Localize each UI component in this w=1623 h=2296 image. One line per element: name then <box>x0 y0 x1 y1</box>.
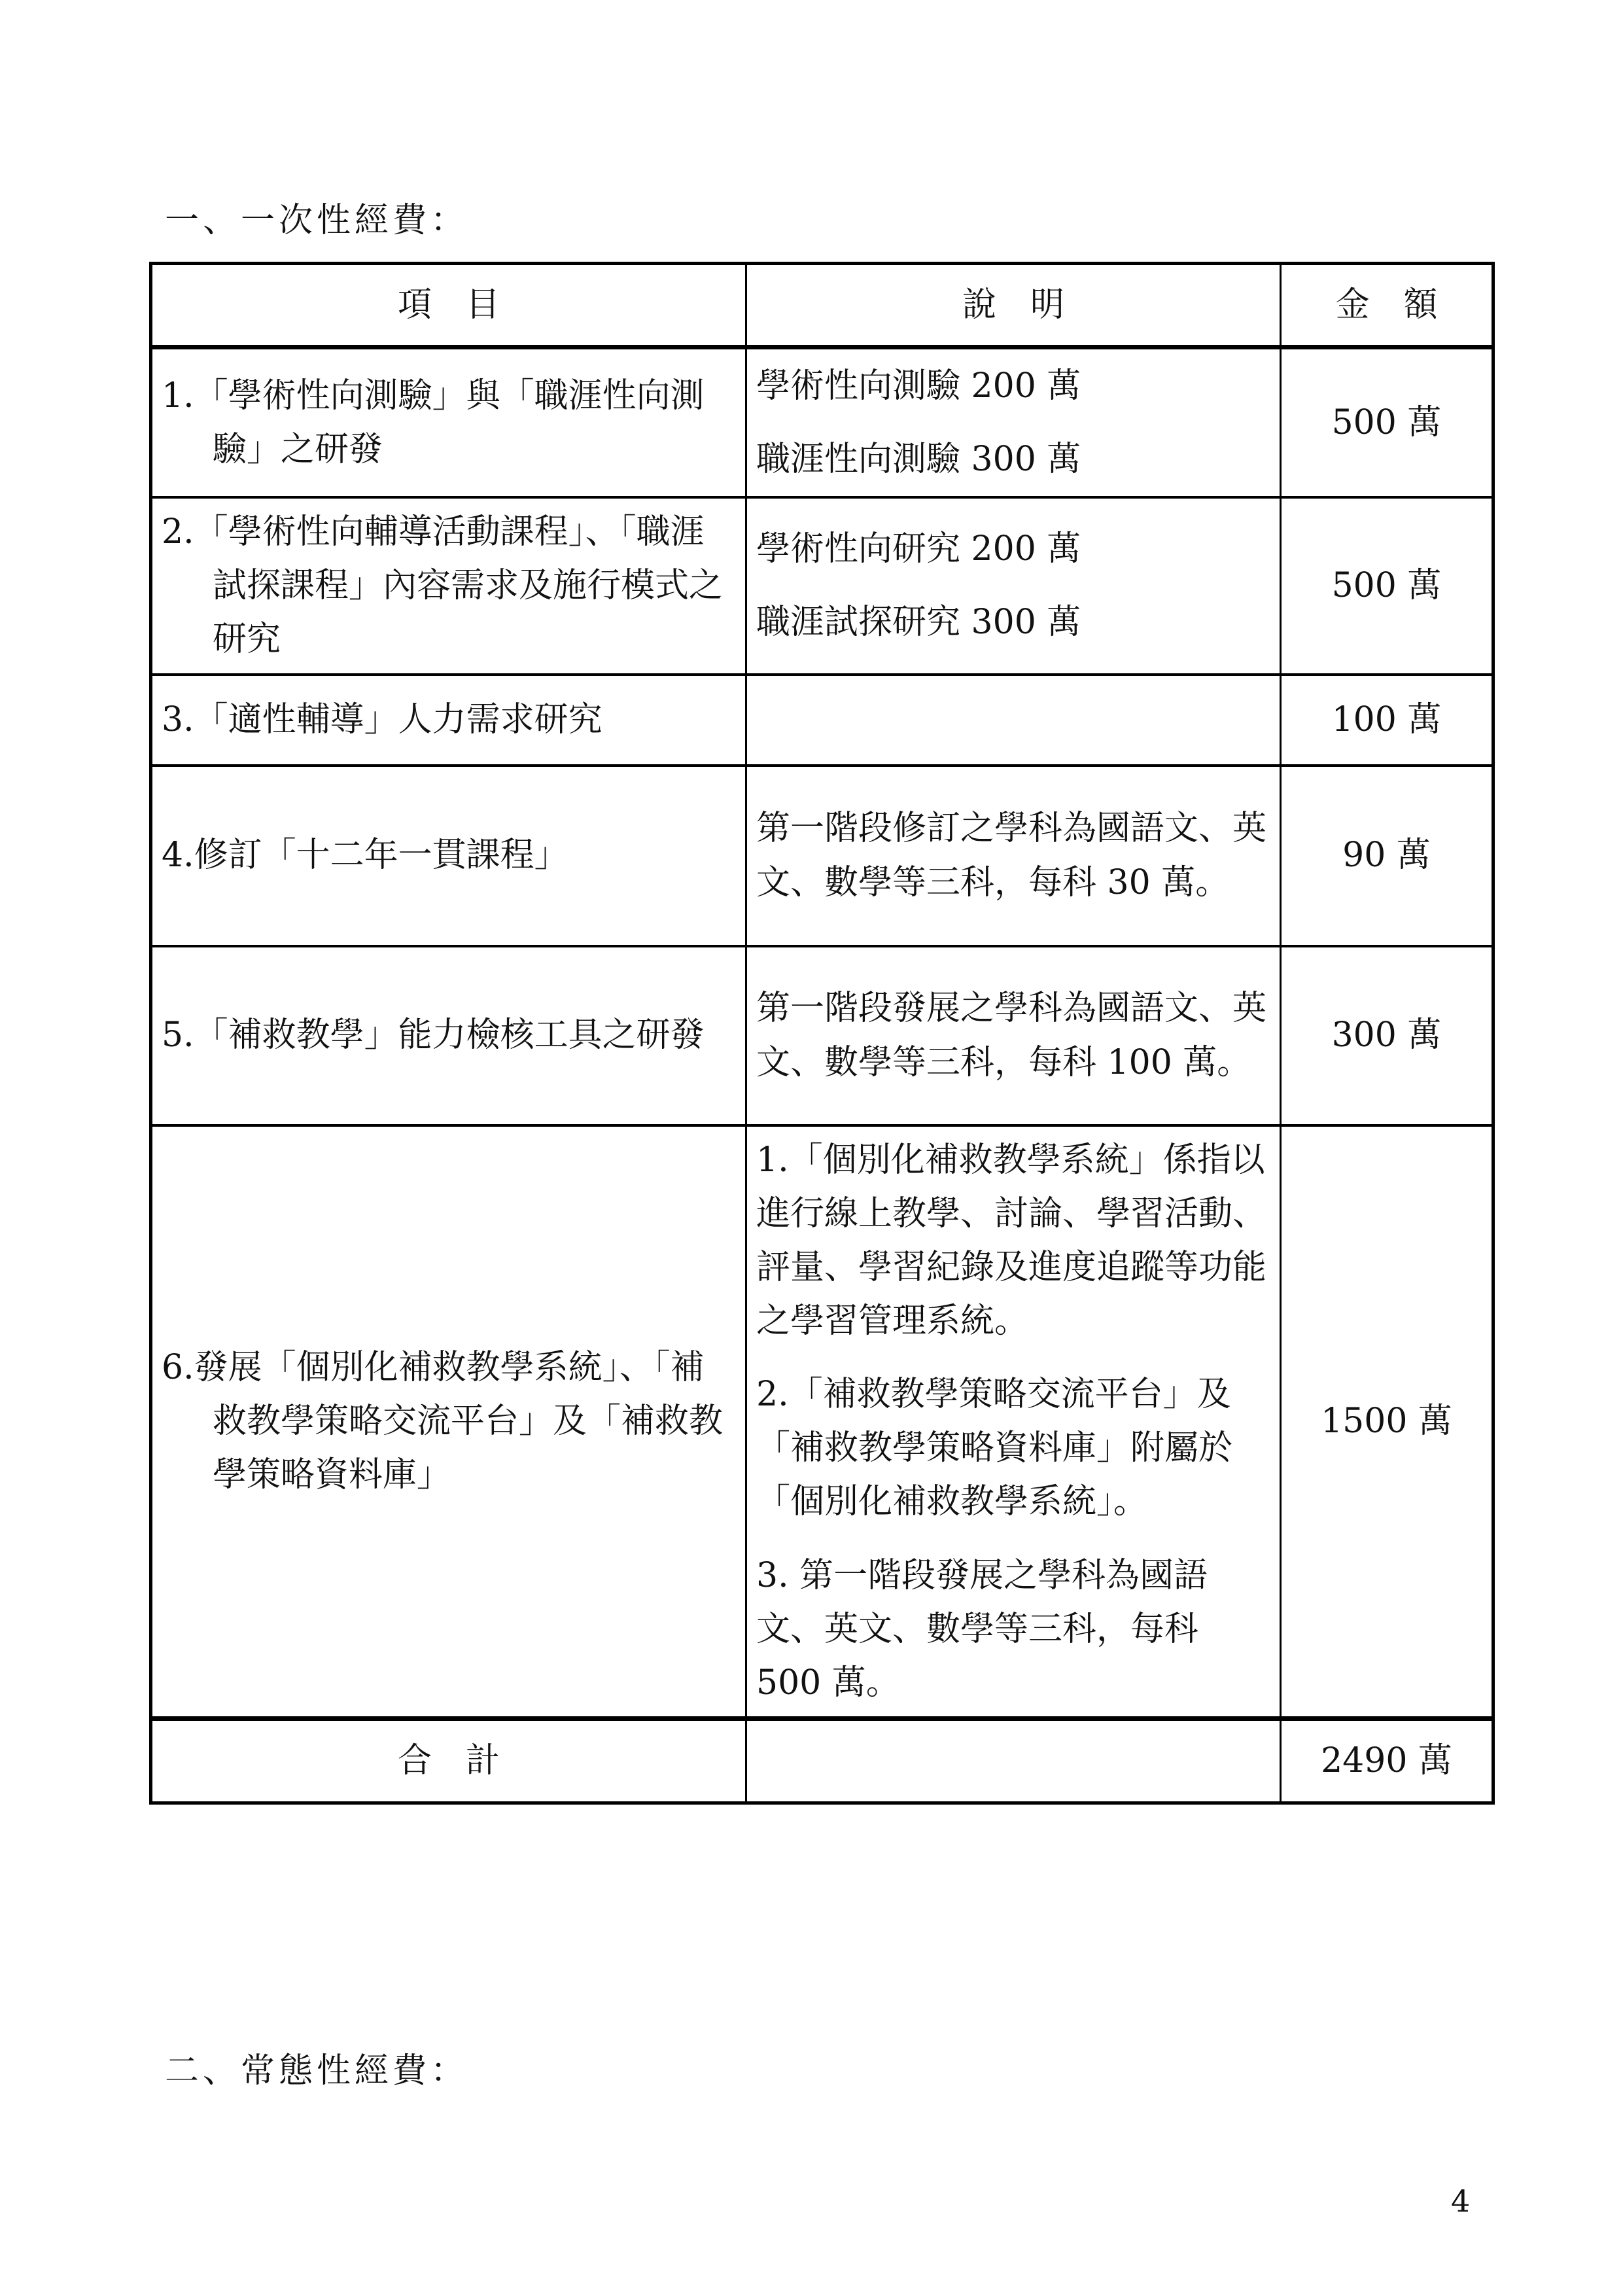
description-paragraph: 3. 第一階段發展之學科為國語文、英文、數學等三科，每科 500 萬。 <box>756 1549 1270 1710</box>
column-header-description: 說 明 <box>746 264 1281 347</box>
item-cell: 2.「學術性向輔導活動課程」、「職涯試探課程」內容需求及施行模式之研究 <box>151 497 746 675</box>
description-paragraph: 職涯試探研究 300 萬 <box>756 595 1270 649</box>
table-row: 1.「學術性向測驗」與「職涯性向測驗」之研發 學術性向測驗 200 萬 職涯性向… <box>151 347 1493 497</box>
section-heading-regular-expenses: 二、常態性經費： <box>165 2044 468 2098</box>
item-cell: 1.「學術性向測驗」與「職涯性向測驗」之研發 <box>151 347 746 497</box>
description-paragraph: 第一階段發展之學科為國語文、英文、數學等三科，每科 100 萬。 <box>756 981 1270 1089</box>
item-cell: 6.發展「個別化補救教學系統」、「補救教學策略交流平台」及「補救教學策略資料庫」 <box>151 1125 746 1719</box>
description-paragraph: 學術性向研究 200 萬 <box>756 522 1270 576</box>
table-row: 6.發展「個別化補救教學系統」、「補救教學策略交流平台」及「補救教學策略資料庫」… <box>151 1125 1493 1719</box>
section-heading-one-time-expenses: 一、一次性經費： <box>165 194 468 247</box>
table-header-row: 項 目 說 明 金 額 <box>151 264 1493 347</box>
item-text: 5.「補救教學」能力檢核工具之研發 <box>162 1008 736 1062</box>
document-page: 一、一次性經費： 項 目 說 明 金 額 1.「學術性向測驗」與「職涯性向測驗」… <box>0 0 1623 2296</box>
item-text: 4.修訂「十二年一貫課程」 <box>162 828 736 882</box>
item-text: 2.「學術性向輔導活動課程」、「職涯試探課程」內容需求及施行模式之研究 <box>162 505 736 666</box>
description-cell: 第一階段修訂之學科為國語文、英文、數學等三科，每科 30 萬。 <box>746 766 1281 946</box>
description-paragraph: 第一階段修訂之學科為國語文、英文、數學等三科，每科 30 萬。 <box>756 802 1270 909</box>
page-number: 4 <box>1451 2178 1470 2225</box>
table-row: 3.「適性輔導」人力需求研究 100 萬 <box>151 675 1493 766</box>
item-cell: 4.修訂「十二年一貫課程」 <box>151 766 746 946</box>
item-text: 1.「學術性向測驗」與「職涯性向測驗」之研發 <box>162 369 736 476</box>
budget-table: 項 目 說 明 金 額 1.「學術性向測驗」與「職涯性向測驗」之研發 學術性向測… <box>149 262 1495 1805</box>
description-cell: 1.「個別化補救教學系統」係指以進行線上教學、討論、學習活動、評量、學習紀錄及進… <box>746 1125 1281 1719</box>
description-cell <box>746 675 1281 766</box>
description-cell: 第一階段發展之學科為國語文、英文、數學等三科，每科 100 萬。 <box>746 946 1281 1125</box>
amount-cell: 1500 萬 <box>1281 1125 1493 1719</box>
amount-cell: 500 萬 <box>1281 347 1493 497</box>
column-header-amount: 金 額 <box>1281 264 1493 347</box>
amount-cell: 100 萬 <box>1281 675 1493 766</box>
column-header-item: 項 目 <box>151 264 746 347</box>
description-paragraph: 職涯性向測驗 300 萬 <box>756 433 1270 486</box>
total-label-cell: 合 計 <box>151 1719 746 1803</box>
item-cell: 3.「適性輔導」人力需求研究 <box>151 675 746 766</box>
table-row: 5.「補救教學」能力檢核工具之研發 第一階段發展之學科為國語文、英文、數學等三科… <box>151 946 1493 1125</box>
total-amount-cell: 2490 萬 <box>1281 1719 1493 1803</box>
item-cell: 5.「補救教學」能力檢核工具之研發 <box>151 946 746 1125</box>
description-paragraph: 學術性向測驗 200 萬 <box>756 359 1270 413</box>
table-row: 2.「學術性向輔導活動課程」、「職涯試探課程」內容需求及施行模式之研究 學術性向… <box>151 497 1493 675</box>
amount-cell: 500 萬 <box>1281 497 1493 675</box>
amount-cell: 300 萬 <box>1281 946 1493 1125</box>
description-cell: 學術性向研究 200 萬 職涯試探研究 300 萬 <box>746 497 1281 675</box>
description-paragraph: 2.「補救教學策略交流平台」及「補救教學策略資料庫」附屬於「個別化補救教學系統」… <box>756 1368 1270 1528</box>
description-cell: 學術性向測驗 200 萬 職涯性向測驗 300 萬 <box>746 347 1281 497</box>
table-row: 4.修訂「十二年一貫課程」 第一階段修訂之學科為國語文、英文、數學等三科，每科 … <box>151 766 1493 946</box>
item-text: 3.「適性輔導」人力需求研究 <box>162 693 736 747</box>
amount-cell: 90 萬 <box>1281 766 1493 946</box>
item-text: 6.發展「個別化補救教學系統」、「補救教學策略交流平台」及「補救教學策略資料庫」 <box>162 1341 736 1502</box>
total-description-cell <box>746 1719 1281 1803</box>
table-total-row: 合 計 2490 萬 <box>151 1719 1493 1803</box>
description-paragraph: 1.「個別化補救教學系統」係指以進行線上教學、討論、學習活動、評量、學習紀錄及進… <box>756 1133 1270 1349</box>
